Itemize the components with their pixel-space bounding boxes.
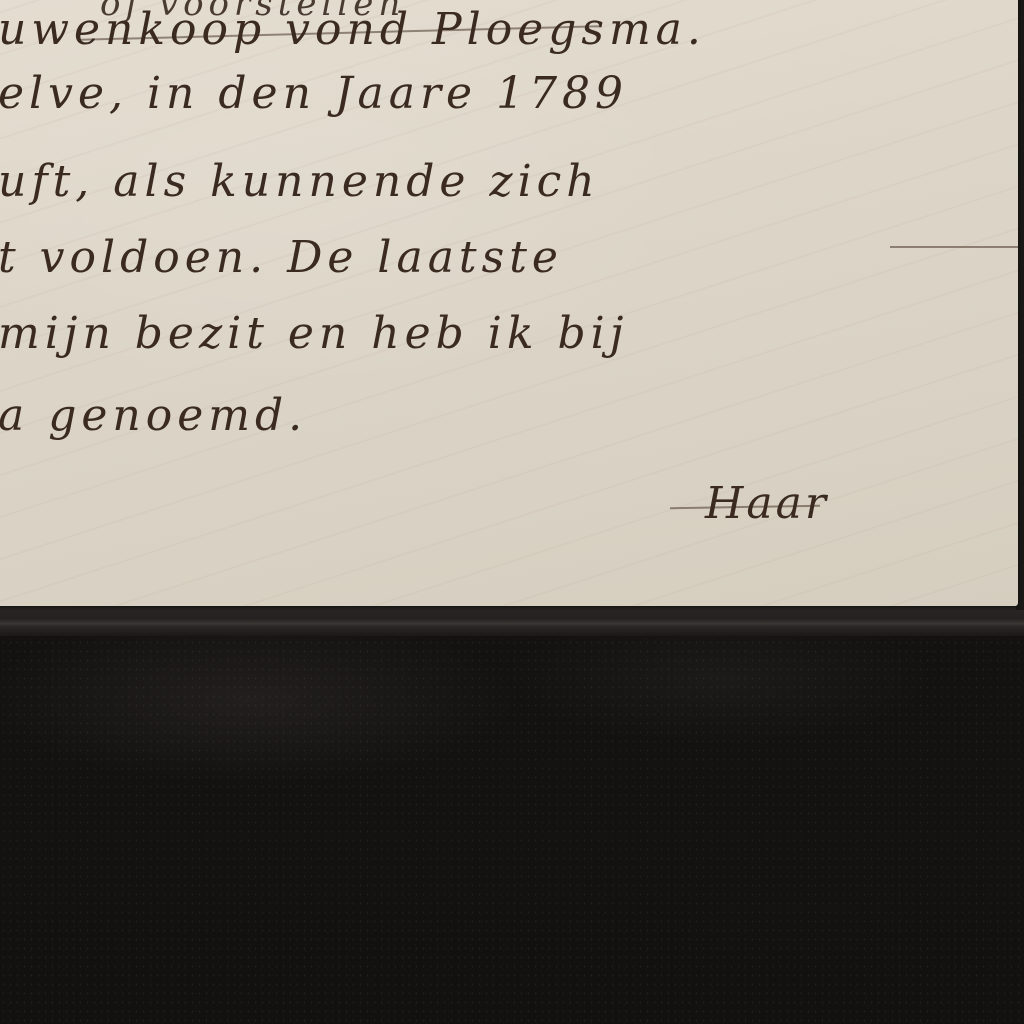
photo-scene: of voorstellen uwenkoop vond Ploegsma. e…: [0, 0, 1024, 1024]
ruled-line-stroke: [890, 246, 1018, 248]
text-line-1: uwenkoop vond Ploegsma.: [0, 4, 706, 55]
text-line-5: mijn bezit en heb ik bij: [0, 308, 628, 359]
text-line-3: uft, als kunnende zich: [0, 156, 600, 207]
signature: Haar: [705, 478, 829, 529]
mat-edge: [0, 604, 1024, 636]
velvet-background: [0, 620, 1024, 1024]
text-line-6: a genoemd.: [0, 390, 307, 441]
text-line-4: t voldoen. De laatste: [0, 232, 563, 283]
text-line-2: elve, in den Jaare 1789: [0, 68, 628, 119]
manuscript-page: of voorstellen uwenkoop vond Ploegsma. e…: [0, 0, 1018, 606]
